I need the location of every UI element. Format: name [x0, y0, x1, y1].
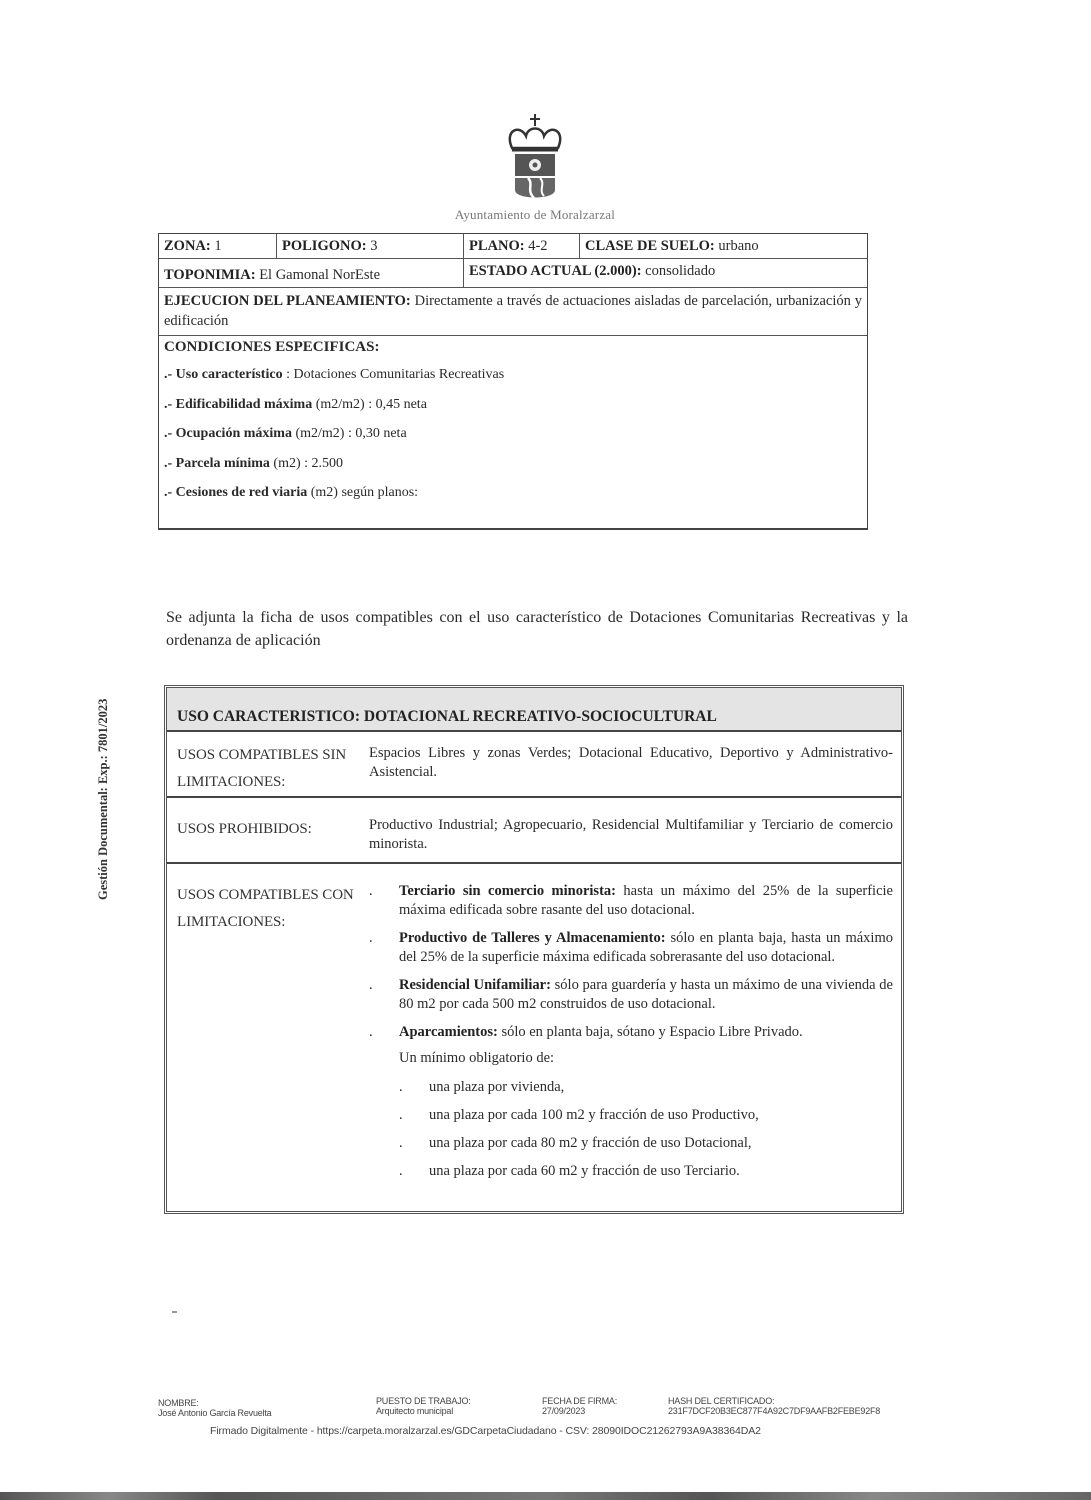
- estado-actual-label: ESTADO ACTUAL (2.000):: [469, 263, 642, 279]
- uses-table-header: USO CARACTERISTICO: DOTACIONAL RECREATIV…: [167, 688, 901, 732]
- limited-use-text: Aparcamientos: sólo en planta baja, sóta…: [399, 1023, 893, 1042]
- condiciones-block: CONDICIONES ESPECIFICAS: .- Uso caracter…: [159, 336, 867, 528]
- clase-suelo-value: urbano: [715, 238, 759, 254]
- scan-speck: [172, 1311, 177, 1313]
- uses-table: USO CARACTERISTICO: DOTACIONAL RECREATIV…: [164, 685, 904, 1214]
- parking-rule: .una plaza por vivienda,: [369, 1073, 893, 1101]
- fecha-value: 27/09/2023: [542, 1406, 617, 1416]
- condicion-prefix: .-: [164, 397, 176, 412]
- poligono-label: POLIGONO:: [282, 238, 367, 254]
- poligono-cell: POLIGONO: 3: [277, 234, 464, 258]
- bullet: .: [399, 1073, 429, 1101]
- zona-value: 1: [211, 238, 222, 254]
- plano-label: PLANO:: [469, 238, 525, 254]
- limited-use-text: Residencial Unifamiliar: sólo para guard…: [399, 976, 893, 1014]
- uses-row-prohibidos: USOS PROHIBIDOS: Productivo Industrial; …: [167, 798, 901, 864]
- zona-label: ZONA:: [164, 238, 211, 254]
- condicion-label: Uso característico: [176, 367, 283, 382]
- zona-cell: ZONA: 1: [159, 234, 277, 258]
- limited-use-title: Productivo de Talleres y Almacenamiento:: [399, 930, 666, 946]
- puesto-value: Arquitecto municipal: [376, 1406, 471, 1416]
- digital-signature-line: Firmado Digitalmente - https://carpeta.m…: [210, 1425, 761, 1437]
- sin-limitaciones-value: Espacios Libres y zonas Verdes; Dotacion…: [357, 732, 901, 796]
- condicion-label: Ocupación máxima: [176, 426, 292, 441]
- side-registry-stamp: Gestión Documental: Exp.: 7801/2023: [96, 699, 111, 900]
- condicion-prefix: .-: [164, 485, 176, 500]
- sin-limitaciones-label: USOS COMPATIBLES SIN LIMITACIONES:: [167, 732, 357, 796]
- poligono-value: 3: [367, 238, 378, 254]
- sheet-row-toponimia: TOPONIMIA: El Gamonal NorEste ESTADO ACT…: [159, 259, 867, 288]
- condicion-prefix: .-: [164, 456, 176, 471]
- fecha-label: FECHA DE FIRMA:: [542, 1396, 617, 1406]
- ejecucion-label: EJECUCION DEL PLANEAMIENTO:: [164, 293, 411, 309]
- uses-row-sin-limitaciones: USOS COMPATIBLES SIN LIMITACIONES: Espac…: [167, 732, 901, 798]
- bullet: .: [399, 1157, 429, 1185]
- toponimia-label: TOPONIMIA:: [164, 267, 256, 283]
- nombre-label: NOMBRE:: [158, 1398, 271, 1408]
- bullet: .: [399, 1129, 429, 1157]
- minimo-title: Un mínimo obligatorio de:: [369, 1044, 893, 1073]
- condicion-value: (m2) : 2.500: [270, 456, 343, 471]
- bullet: .: [369, 1023, 399, 1042]
- condicion-item: .- Parcela mínima (m2) : 2.500: [164, 449, 862, 479]
- parking-rule: .una plaza por cada 100 m2 y fracción de…: [369, 1101, 893, 1129]
- condicion-value: : Dotaciones Comunitarias Recreativas: [283, 367, 505, 382]
- prohibidos-label: USOS PROHIBIDOS:: [167, 798, 357, 862]
- coat-of-arms-icon: [490, 112, 580, 207]
- scan-edge: [0, 1492, 1091, 1500]
- estado-actual-value: consolidado: [642, 263, 716, 279]
- condicion-value: (m2) según planos:: [307, 485, 418, 500]
- logo-caption: Ayuntamiento de Moralzarzal: [420, 207, 650, 223]
- ejecucion-cell: EJECUCION DEL PLANEAMIENTO: Directamente…: [159, 288, 867, 335]
- condicion-value: (m2/m2) : 0,45 neta: [312, 397, 427, 412]
- plano-cell: PLANO: 4-2: [464, 234, 580, 258]
- limited-use-item: . Productivo de Talleres y Almacenamient…: [369, 929, 893, 967]
- intro-paragraph: Se adjunta la ficha de usos compatibles …: [166, 606, 908, 652]
- condicion-label: Edificabilidad máxima: [176, 397, 313, 412]
- bullet: .: [369, 929, 399, 967]
- sheet-row-ejecucion: EJECUCION DEL PLANEAMIENTO: Directamente…: [159, 288, 867, 336]
- condicion-item: .- Uso característico : Dotaciones Comun…: [164, 360, 862, 390]
- signature-fecha: FECHA DE FIRMA: 27/09/2023: [542, 1396, 617, 1416]
- parking-rule-text: una plaza por cada 80 m2 y fracción de u…: [429, 1129, 752, 1157]
- limited-use-title: Aparcamientos:: [399, 1024, 498, 1040]
- clase-suelo-cell: CLASE DE SUELO: urbano: [580, 234, 867, 258]
- condicion-label: Parcela mínima: [176, 456, 270, 471]
- condicion-prefix: .-: [164, 367, 176, 382]
- limited-use-item: . Terciario sin comercio minorista: hast…: [369, 882, 893, 920]
- signature-hash: HASH DEL CERTIFICADO: 231F7DCF20B3EC877F…: [668, 1396, 880, 1416]
- puesto-label: PUESTO DE TRABAJO:: [376, 1396, 471, 1406]
- parking-rule-text: una plaza por cada 100 m2 y fracción de …: [429, 1101, 759, 1129]
- condiciones-title: CONDICIONES ESPECIFICAS:: [164, 339, 862, 356]
- sheet-row-ids: ZONA: 1 POLIGONO: 3 PLANO: 4-2 CLASE DE …: [159, 234, 867, 259]
- condicion-item: .- Edificabilidad máxima (m2/m2) : 0,45 …: [164, 390, 862, 420]
- con-limitaciones-label: USOS COMPATIBLES CON LIMITACIONES:: [167, 864, 357, 1211]
- estado-actual-cell: ESTADO ACTUAL (2.000): consolidado: [464, 259, 867, 287]
- plano-value: 4-2: [525, 238, 548, 254]
- hash-label: HASH DEL CERTIFICADO:: [668, 1396, 880, 1406]
- nombre-value: José Antonio García Revuelta: [158, 1408, 271, 1418]
- limited-use-text: Productivo de Talleres y Almacenamiento:…: [399, 929, 893, 967]
- limited-use-item: . Residencial Unifamiliar: sólo para gua…: [369, 976, 893, 1014]
- parking-rule: .una plaza por cada 80 m2 y fracción de …: [369, 1129, 893, 1157]
- con-limitaciones-list: . Terciario sin comercio minorista: hast…: [357, 864, 901, 1211]
- signature-puesto: PUESTO DE TRABAJO: Arquitecto municipal: [376, 1396, 471, 1416]
- uses-row-con-limitaciones: USOS COMPATIBLES CON LIMITACIONES: . Ter…: [167, 864, 901, 1211]
- clase-suelo-label: CLASE DE SUELO:: [585, 238, 715, 254]
- signature-nombre: NOMBRE: José Antonio García Revuelta: [158, 1398, 271, 1418]
- condicion-prefix: .-: [164, 426, 176, 441]
- parking-rule-text: una plaza por cada 60 m2 y fracción de u…: [429, 1157, 740, 1185]
- sheet-row-condiciones: CONDICIONES ESPECIFICAS: .- Uso caracter…: [159, 336, 867, 528]
- condicion-item: .- Ocupación máxima (m2/m2) : 0,30 neta: [164, 419, 862, 449]
- hash-value: 231F7DCF20B3EC877F4A92C7DF9AAFB2FEBE92F8: [668, 1406, 880, 1416]
- condicion-item: .- Cesiones de red viaria (m2) según pla…: [164, 478, 862, 508]
- bullet: .: [369, 976, 399, 1014]
- limited-use-item: . Aparcamientos: sólo en planta baja, só…: [369, 1023, 893, 1042]
- prohibidos-value: Productivo Industrial; Agropecuario, Res…: [357, 798, 901, 862]
- toponimia-value: El Gamonal NorEste: [256, 267, 380, 283]
- zone-sheet-table: ZONA: 1 POLIGONO: 3 PLANO: 4-2 CLASE DE …: [158, 233, 868, 530]
- limited-use-title: Residencial Unifamiliar:: [399, 977, 551, 993]
- condicion-value: (m2/m2) : 0,30 neta: [292, 426, 407, 441]
- bullet: .: [369, 882, 399, 920]
- limited-use-text: Terciario sin comercio minorista: hasta …: [399, 882, 893, 920]
- condicion-label: Cesiones de red viaria: [176, 485, 308, 500]
- limited-use-desc: sólo en planta baja, sótano y Espacio Li…: [498, 1024, 803, 1040]
- limited-use-title: Terciario sin comercio minorista:: [399, 883, 616, 899]
- parking-rule: .una plaza por cada 60 m2 y fracción de …: [369, 1157, 893, 1185]
- toponimia-cell: TOPONIMIA: El Gamonal NorEste: [159, 259, 464, 287]
- bullet: .: [399, 1101, 429, 1129]
- parking-rule-text: una plaza por vivienda,: [429, 1073, 564, 1101]
